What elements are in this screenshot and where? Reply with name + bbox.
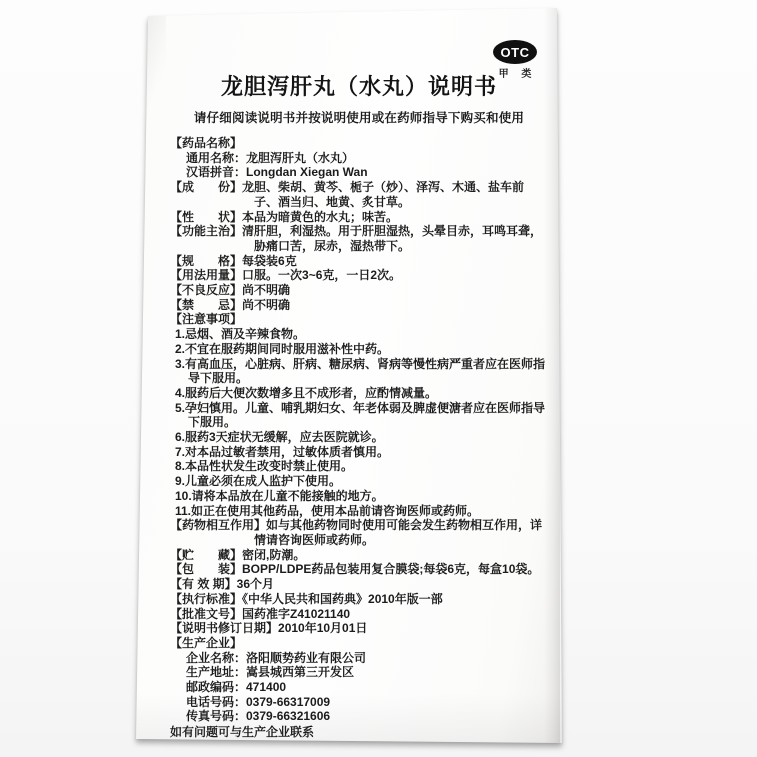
section-label: 【规 格】 bbox=[170, 254, 242, 268]
section-text: 如有问题可与生产企业联系 bbox=[170, 725, 314, 739]
section-label: 【有 效 期】 bbox=[170, 577, 237, 591]
section-text: 通用名称：龙胆泻肝丸（水丸） bbox=[186, 151, 354, 165]
section-row: 【规 格】每袋装6克 bbox=[170, 254, 548, 269]
precaution-item: 2.不宜在服药期间同时服用滋补性中药。 bbox=[175, 342, 548, 357]
section-label: 【用法用量】 bbox=[170, 268, 242, 282]
precaution-item: 10.请将本品放在儿童不能接触的地方。 bbox=[175, 489, 548, 504]
section-row: 【不良反应】尚不明确 bbox=[170, 283, 548, 298]
section-row: 【性 状】本品为暗黄色的水丸；味苦。 bbox=[170, 210, 548, 225]
section-label: 【注意事项】 bbox=[170, 312, 242, 326]
detail-line: 电话号码：0379-66317009 bbox=[170, 695, 548, 710]
section-text: 7.对本品过敏者禁用，过敏体质者慎用。 bbox=[175, 445, 389, 459]
section-label: 【包 装】 bbox=[170, 562, 242, 576]
document-subtitle: 请仔细阅读说明书并按说明使用或在药师指导下购买和使用 bbox=[170, 108, 548, 126]
section-label: 【执行标准】 bbox=[170, 592, 242, 606]
precaution-item: 9.儿童必须在成人监护下使用。 bbox=[175, 474, 548, 489]
section-text: 企业名称：洛阳顺势药业有限公司 bbox=[186, 651, 366, 665]
section-row: 【生产企业】 bbox=[170, 636, 548, 651]
section-text: 每袋装6克 bbox=[242, 254, 297, 268]
section-row: 【贮 藏】密闭,防潮。 bbox=[170, 548, 548, 563]
section-text: 电话号码：0379-66317009 bbox=[186, 695, 330, 709]
section-text: 龙胆、柴胡、黄芩、栀子（炒）、泽泻、木通、盐车前子、酒当归、地黄、炙甘草。 bbox=[242, 180, 524, 209]
precaution-item: 5.孕妇慎用。儿童、哺乳期妇女、年老体弱及脾虚便溏者应在医师指导下服用。 bbox=[175, 401, 548, 430]
paper-edge-shading-left bbox=[136, 8, 166, 128]
section-text: 10.请将本品放在儿童不能接触的地方。 bbox=[175, 489, 384, 503]
section-text: 2010年10月01日 bbox=[278, 621, 367, 635]
section-text: 本品为暗黄色的水丸；味苦。 bbox=[242, 210, 398, 224]
section-row: 【用法用量】口服。一次3~6克，一日2次。 bbox=[170, 268, 548, 283]
section-text: 8.本品性状发生改变时禁止使用。 bbox=[175, 459, 353, 473]
section-text: 尚不明确 bbox=[242, 283, 290, 297]
precaution-item: 4.服药后大便次数增多且不成形者，应酌情减量。 bbox=[175, 386, 548, 401]
section-row: 【执行标准】《中华人民共和国药典》2010年版一部 bbox=[170, 592, 548, 607]
section-text: 如与其他药物同时使用可能会发生药物相互作用，详情请咨询医师或药师。 bbox=[254, 518, 542, 547]
section-text: 口服。一次3~6克，一日2次。 bbox=[242, 268, 401, 282]
detail-line: 生产地址：嵩县城西第三开发区 bbox=[170, 665, 548, 680]
section-text: 生产地址：嵩县城西第三开发区 bbox=[186, 665, 354, 679]
section-text: 汉语拼音：Longdan Xiegan Wan bbox=[186, 165, 368, 179]
section-label: 【批准文号】 bbox=[170, 607, 242, 621]
section-label: 【说明书修订日期】 bbox=[170, 621, 278, 635]
document-title: 龙胆泻肝丸（水丸）说明书 bbox=[170, 70, 548, 101]
section-text: 3.有高血压，心脏病、肝病、糖尿病、肾病等慢性病严重者应在医师指导下服用。 bbox=[175, 357, 545, 386]
section-label: 【禁 忌】 bbox=[170, 298, 242, 312]
leaflet-content: 龙胆泻肝丸（水丸）说明书 请仔细阅读说明书并按说明使用或在药师指导下购买和使用 … bbox=[170, 8, 548, 740]
section-text: 1.忌烟、酒及辛辣食物。 bbox=[175, 327, 305, 341]
section-row: 【禁 忌】尚不明确 bbox=[170, 298, 548, 313]
section-label: 【药品名称】 bbox=[170, 136, 242, 150]
section-row: 【药物相互作用】如与其他药物同时使用可能会发生药物相互作用，详情请咨询医师或药师… bbox=[170, 518, 548, 547]
section-row: 【注意事项】 bbox=[170, 312, 548, 327]
section-text: 9.儿童必须在成人监护下使用。 bbox=[175, 474, 341, 488]
section-row: 【药品名称】 bbox=[170, 136, 548, 151]
section-text: 传真号码：0379-66321606 bbox=[186, 709, 330, 723]
detail-line: 传真号码：0379-66321606 bbox=[170, 709, 548, 724]
section-text: 清肝胆，利湿热。用于肝胆湿热，头晕目赤，耳鸣耳聋，胁痛口苦，尿赤，湿热带下。 bbox=[242, 224, 542, 253]
section-label: 【贮 藏】 bbox=[170, 548, 242, 562]
section-text: 尚不明确 bbox=[242, 298, 290, 312]
precaution-item: 11.如正在使用其他药品，使用本品前请咨询医师或药师。 bbox=[175, 504, 548, 519]
photo-background: OTC 甲 类 龙胆泻肝丸（水丸）说明书 请仔细阅读说明书并按说明使用或在药师指… bbox=[0, 0, 757, 757]
detail-line: 通用名称：龙胆泻肝丸（水丸） bbox=[170, 151, 548, 166]
instruction-leaflet: OTC 甲 类 龙胆泻肝丸（水丸）说明书 请仔细阅读说明书并按说明使用或在药师指… bbox=[136, 8, 562, 745]
section-text: 国药准字Z41021140 bbox=[242, 607, 350, 621]
document-rows: 【药品名称】通用名称：龙胆泻肝丸（水丸）汉语拼音：Longdan Xiegan … bbox=[170, 136, 548, 740]
section-label: 【性 状】 bbox=[170, 210, 242, 224]
contact-note: 如有问题可与生产企业联系 bbox=[170, 725, 548, 740]
section-text: 11.如正在使用其他药品，使用本品前请咨询医师或药师。 bbox=[175, 504, 479, 518]
section-text: BOPP/LDPE药品包装用复合膜袋;每袋6克，每盒10袋。 bbox=[242, 562, 539, 576]
precaution-item: 6.服药3天症状无缓解，应去医院就诊。 bbox=[175, 430, 548, 445]
precaution-item: 3.有高血压，心脏病、肝病、糖尿病、肾病等慢性病严重者应在医师指导下服用。 bbox=[175, 357, 548, 386]
precaution-item: 8.本品性状发生改变时禁止使用。 bbox=[175, 459, 548, 474]
section-text: 6.服药3天症状无缓解，应去医院就诊。 bbox=[175, 430, 384, 444]
section-row: 【有 效 期】36个月 bbox=[170, 577, 548, 592]
detail-line: 邮政编码：471400 bbox=[170, 680, 548, 695]
section-label: 【不良反应】 bbox=[170, 283, 242, 297]
paper-shadow-wrap: OTC 甲 类 龙胆泻肝丸（水丸）说明书 请仔细阅读说明书并按说明使用或在药师指… bbox=[0, 0, 757, 757]
section-label: 【成 份】 bbox=[170, 180, 242, 194]
precaution-item: 7.对本品过敏者禁用，过敏体质者慎用。 bbox=[175, 445, 548, 460]
section-text: 5.孕妇慎用。儿童、哺乳期妇女、年老体弱及脾虚便溏者应在医师指导下服用。 bbox=[175, 401, 545, 430]
section-text: 《中华人民共和国药典》2010年版一部 bbox=[242, 592, 443, 606]
section-label: 【药物相互作用】 bbox=[170, 518, 266, 532]
detail-line: 汉语拼音：Longdan Xiegan Wan bbox=[170, 165, 548, 180]
section-row: 【功能主治】清肝胆，利湿热。用于肝胆湿热，头晕目赤，耳鸣耳聋，胁痛口苦，尿赤，湿… bbox=[170, 224, 548, 253]
section-row: 【批准文号】国药准字Z41021140 bbox=[170, 607, 548, 622]
precaution-item: 1.忌烟、酒及辛辣食物。 bbox=[175, 327, 548, 342]
section-text: 邮政编码：471400 bbox=[186, 680, 286, 694]
section-row: 【包 装】BOPP/LDPE药品包装用复合膜袋;每袋6克，每盒10袋。 bbox=[170, 562, 548, 577]
section-text: 36个月 bbox=[237, 577, 274, 591]
section-row: 【说明书修订日期】2010年10月01日 bbox=[170, 621, 548, 636]
section-row: 【成 份】龙胆、柴胡、黄芩、栀子（炒）、泽泻、木通、盐车前子、酒当归、地黄、炙甘… bbox=[170, 180, 548, 209]
section-label: 【生产企业】 bbox=[170, 636, 242, 650]
section-text: 4.服药后大便次数增多且不成形者，应酌情减量。 bbox=[175, 386, 437, 400]
section-label: 【功能主治】 bbox=[170, 224, 242, 238]
section-text: 2.不宜在服药期间同时服用滋补性中药。 bbox=[175, 342, 389, 356]
detail-line: 企业名称：洛阳顺势药业有限公司 bbox=[170, 651, 548, 666]
section-text: 密闭,防潮。 bbox=[242, 548, 305, 562]
